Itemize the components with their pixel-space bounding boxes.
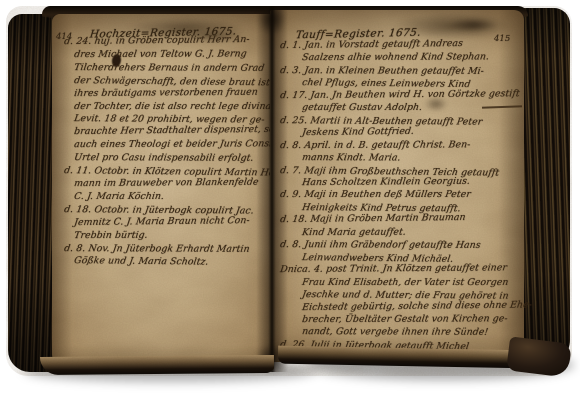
handwriting-line: dres Michael von Teltow G. J. Berng xyxy=(73,48,282,62)
handwriting-line: nandt, Gott vergebe ihnen ihre Sünde! xyxy=(301,326,532,339)
handwriting-line: Dnica. 4. post Trinit. Jn Klötzen getauf… xyxy=(279,262,532,276)
book-block: 414 Hochzeit=Register. 1675. d. 24. huj.… xyxy=(6,6,572,376)
handwriting-line: d. 9. Maji in Beuthen deß Müllers Peter xyxy=(279,189,532,201)
left-page-text: 414 Hochzeit=Register. 1675. d. 24. huj.… xyxy=(52,14,274,370)
photo-background: 414 Hochzeit=Register. 1675. d. 24. huj.… xyxy=(0,0,580,397)
handwriting-line: Tilcherdrehers Bernaus in andern Grad xyxy=(73,62,282,76)
left-page: 414 Hochzeit=Register. 1675. d. 24. huj.… xyxy=(52,14,274,370)
handwriting-line: Jeskens Kind Gottfried. xyxy=(301,125,532,140)
handwriting-line: d. 1. Jan. in Vorstadt getaufft Andreas xyxy=(279,37,532,52)
handwriting-line: d. 8. April. in d. B. getaufft Christ. B… xyxy=(279,139,532,152)
left-page-lines: d. 24. huj. in Gröben copulirt Herr An-d… xyxy=(58,36,281,268)
handwriting-line: Saalzens alhie wohnend Kind Stephan. xyxy=(301,52,532,65)
handwriting-line: auch eines Theologi et beider Juris Cons… xyxy=(73,138,282,152)
handwriting-line: Eichstedt gebürtig, solche sind diese oh… xyxy=(301,299,532,314)
handwriting-line: d. 17. Jan. Jn Beuthen wird H. von Görtz… xyxy=(279,88,532,102)
handwriting-line: brecher, Übeltäter Gestalt von Kirchen g… xyxy=(301,313,532,326)
book: 414 Hochzeit=Register. 1675. d. 24. huj.… xyxy=(6,6,572,376)
handwriting-line: der Tochter, die ist also recht lege div… xyxy=(73,101,282,114)
right-page-text: Tauff=Register. 1675. 415 d. 1. Jan. in … xyxy=(270,10,524,362)
handwriting-line: Trebbin bürtig. xyxy=(73,229,282,243)
handwriting-line: Hans Scholtzen Kindlein Georgius. xyxy=(301,175,532,189)
handwriting-line: brauchte Herr Stadthalter dispensiret, s… xyxy=(73,124,282,139)
right-page: Tauff=Register. 1675. 415 d. 1. Jan. in … xyxy=(270,10,524,362)
handwriting-line: d. 24. huj. in Gröben copulirt Herr An- xyxy=(63,33,282,48)
handwriting-line: mann im Brauweber von Blankenfelde xyxy=(73,176,282,190)
handwriting-line: ihres bräutigams verstorbenen frauen xyxy=(73,86,282,100)
bottom-page-edges-right xyxy=(278,346,528,369)
handwriting-line: Urtel pro Casu indispensabili erfolgt. xyxy=(73,152,282,166)
handwriting-line: d. 8. Nov. Jn Jüterbogk Erhardt Martin xyxy=(63,243,282,257)
handwriting-line: Gößke und J. Maria Scholtz. xyxy=(73,255,282,270)
handwriting-line: Kind Maria getauffet. xyxy=(301,226,532,239)
handwriting-line: getauffet Gustav Adolph. xyxy=(301,102,532,114)
bottom-page-edges-left xyxy=(40,355,274,375)
handwriting-line: Frau Kind Elisabeth, der Vater ist Georg… xyxy=(301,277,532,289)
handwriting-line: manns Kindt. Maria. xyxy=(301,152,532,165)
handwriting-line: Jemnitz C. J. Maria Braun nicht Con- xyxy=(73,214,282,229)
handwriting-line: d. 18. Maji in Gröben Martin Brauman xyxy=(279,211,532,226)
handwriting-line: d. 8. Junii ihm Gräbendorf getauffte Han… xyxy=(279,239,532,252)
right-page-lines: d. 1. Jan. in Vorstadt getaufft AndreasS… xyxy=(278,40,531,364)
gutter-shadow xyxy=(256,6,288,372)
handwriting-line: C. J. Maria Köchin. xyxy=(73,191,282,204)
